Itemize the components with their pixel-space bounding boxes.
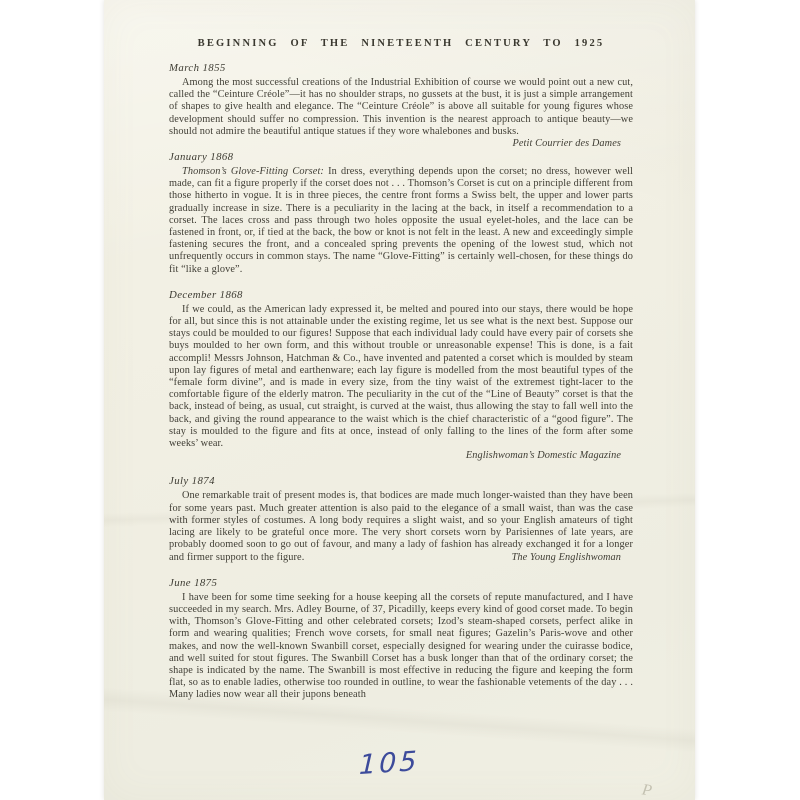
section-paragraph: If we could, as the American lady expres… [169,304,633,463]
section-date: March 1855 [169,62,633,74]
scan-background: BEGINNING OF THE NINETEENTH CENTURY TO 1… [0,0,800,800]
paragraph-lead: Thomson’s Glove-Fitting Corset: [182,166,328,177]
paragraph-text: In dress, everything depends upon the co… [169,166,633,275]
paragraph-text: If we could, as the American lady expres… [169,304,633,449]
document-page: BEGINNING OF THE NINETEENTH CENTURY TO 1… [104,0,695,800]
section-date: December 1868 [169,289,633,301]
section-date: July 1874 [169,475,633,487]
section-july-1874: July 1874 One remarkable trait of presen… [169,475,633,563]
source-attribution: Englishwoman’s Domestic Magazine [169,450,633,462]
page-content: BEGINNING OF THE NINETEENTH CENTURY TO 1… [104,0,695,702]
paragraph-text: I have been for some time seeking for a … [169,592,633,701]
pencil-mark: P [641,781,653,800]
section-paragraph: Thomson’s Glove-Fitting Corset: In dress… [169,166,633,276]
paragraph-text: Among the most successful creations of t… [169,77,633,137]
section-march-1855: March 1855 Among the most successful cre… [169,62,633,138]
section-paragraph: I have been for some time seeking for a … [169,592,633,702]
handwritten-page-number: 105 [359,746,420,781]
section-paragraph: Among the most successful creations of t… [169,77,633,138]
section-paragraph: One remarkable trait of present modes is… [169,490,633,563]
source-attribution: The Young Englishwoman [512,552,633,564]
section-december-1868: December 1868 If we could, as the Americ… [169,289,633,463]
section-january-1868: January 1868 Thomson’s Glove-Fitting Cor… [169,151,633,276]
section-june-1875: June 1875 I have been for some time seek… [169,577,633,702]
source-attribution: Petit Courrier des Dames [512,138,633,150]
page-header: BEGINNING OF THE NINETEENTH CENTURY TO 1… [169,38,633,49]
section-date: June 1875 [169,577,633,589]
section-date: January 1868 [169,151,633,163]
